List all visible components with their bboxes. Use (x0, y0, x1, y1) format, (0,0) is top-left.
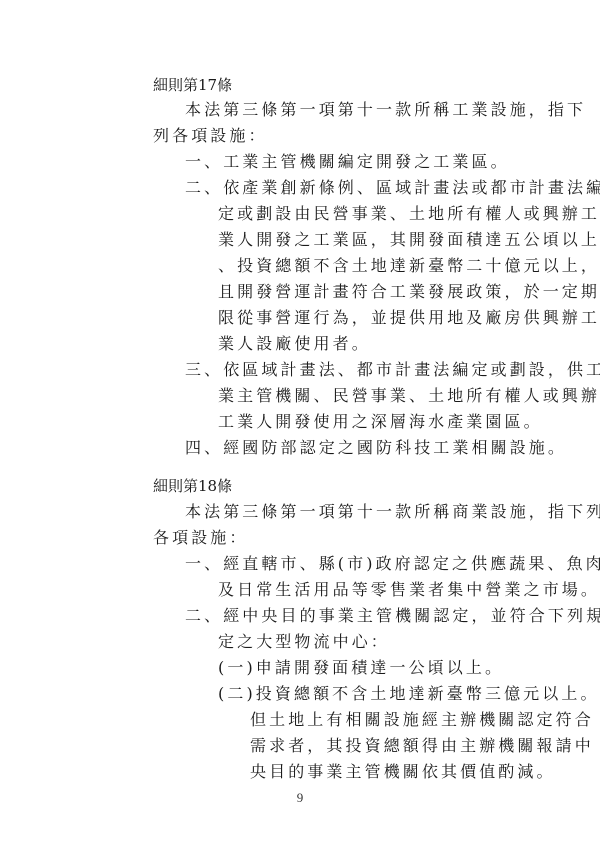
article-18-item-1-line-1: 一、經直轄市、縣(市)政府認定之供應蔬果、魚肉 (185, 554, 600, 574)
article-17-heading: 細則第17條 (153, 75, 232, 95)
article-17-item-2-line-4: 、投資總額不含土地達新臺幣二十億元以上， (218, 256, 600, 276)
article-17-item-2-line-3: 業人開發之工業區，其開發面積達五公頃以上 (218, 230, 600, 250)
article-17-item-2-line-6: 限從事營運行為，並提供用地及廠房供興辦工 (218, 308, 600, 328)
article-18-subitem-2-line-1: (二)投資總額不含土地達新臺幣三億元以上。 (218, 684, 600, 704)
article-18-subitem-2-line-3: 需求者，其投資總額得由主辦機關報請中 (250, 736, 594, 756)
article-17-item-2-line-1: 二、依產業創新條例、區域計畫法或都市計畫法編 (185, 178, 600, 198)
article-18-intro-line-2: 各項設施： (153, 528, 249, 548)
article-17-item-2-line-2: 定或劃設由民營事業、土地所有權人或興辦工 (218, 204, 600, 224)
article-17-intro-line-1: 本法第三條第一項第十一款所稱工業設施，指下 (185, 100, 586, 120)
article-18-intro-line-1: 本法第三條第一項第十一款所稱商業設施，指下列 (185, 502, 600, 522)
article-17-item-1: 一、工業主管機關編定開發之工業區。 (185, 152, 510, 172)
article-17-intro-line-2: 列各項設施： (153, 126, 268, 146)
page-number: 9 (0, 790, 600, 806)
article-18-subitem-2-line-2: 但土地上有相關設施經主辦機關認定符合 (250, 710, 594, 730)
article-18-item-1-line-2: 及日常生活用品等零售業者集中營業之市場。 (218, 580, 600, 600)
article-17-item-2-line-5: 且開發營運計畫符合工業發展政策，於一定期 (218, 282, 600, 302)
article-18-item-2-line-2: 定之大型物流中心： (218, 632, 390, 652)
article-17-item-3-line-3: 工業人開發使用之深層海水產業園區。 (218, 412, 543, 432)
document-page: 細則第17條 本法第三條第一項第十一款所稱工業設施，指下 列各項設施： 一、工業… (0, 0, 600, 848)
article-18-item-2-line-1: 二、經中央目的事業主管機關認定，並符合下列規 (185, 606, 600, 626)
article-17-item-3-line-2: 業主管機關、民營事業、土地所有權人或興辦 (218, 386, 600, 406)
article-18-heading: 細則第18條 (153, 476, 232, 496)
article-17-item-2-line-7: 業人設廠使用者。 (218, 334, 371, 354)
article-17-item-3-line-1: 三、依區域計畫法、都市計畫法編定或劃設，供工 (185, 360, 600, 380)
article-18-subitem-2-line-4: 央目的事業主管機關依其價值酌減。 (250, 762, 556, 782)
article-17-item-4: 四、經國防部認定之國防科技工業相關設施。 (185, 438, 567, 458)
article-18-subitem-1: (一)申請開發面積達一公頃以上。 (218, 658, 504, 678)
